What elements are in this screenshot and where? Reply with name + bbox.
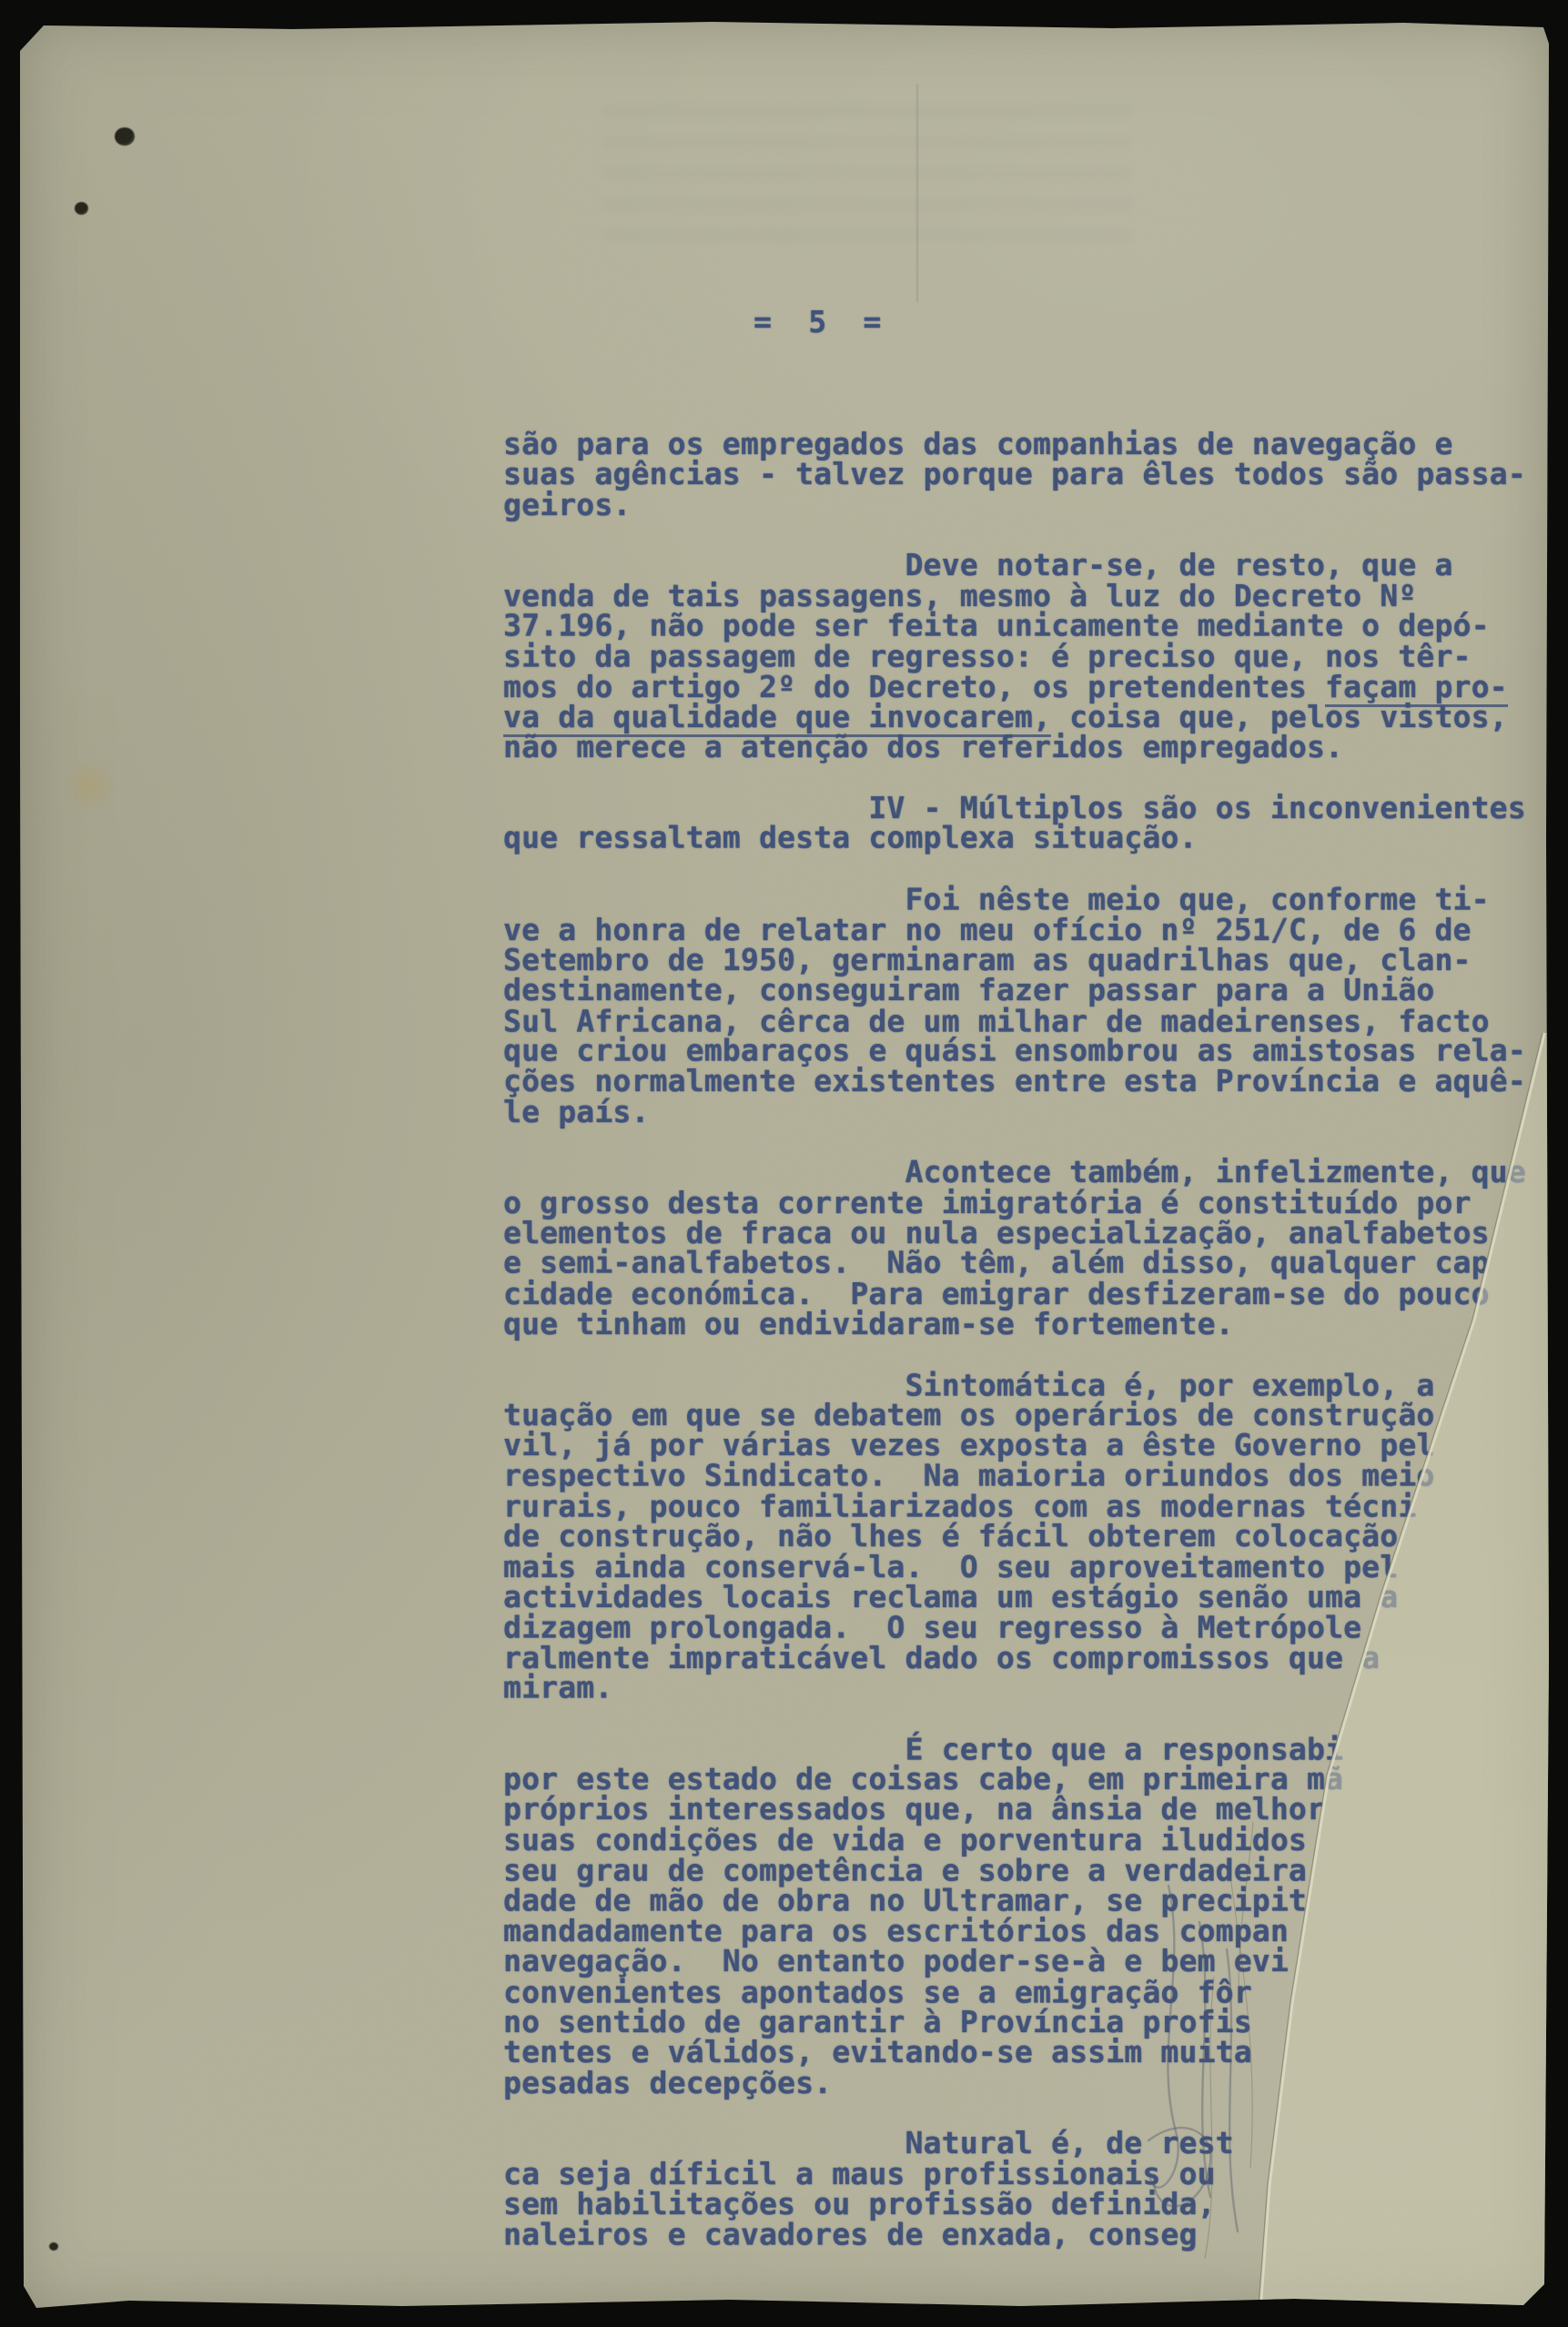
text-line (503, 1703, 1526, 1733)
text-line: elementos de fraca ou nula especializaçã… (503, 1218, 1526, 1248)
text-line: o grosso desta corrente imigratória é co… (503, 1188, 1526, 1218)
text-line (503, 854, 1526, 884)
text-line: actividades locais reclama um estágio se… (503, 1582, 1526, 1612)
text-line: de construção, não lhes é fácil obterem … (503, 1521, 1526, 1551)
text-line: tuação em que se debatem os operários de… (503, 1400, 1526, 1430)
text-line: sem habilitações ou profissão definida, (503, 2189, 1526, 2219)
scratch-mark (916, 84, 918, 302)
text-line: no sentido de garantir à Província profi… (503, 2007, 1526, 2037)
text-line: Acontece também, infelizmente, que (503, 1157, 1526, 1187)
text-line: pesadas decepções. (503, 2068, 1526, 2098)
text-line: Setembro de 1950, germinaram as quadrilh… (503, 945, 1526, 975)
text-line: navegação. No entanto poder-se-à e bem e… (503, 1946, 1526, 1976)
text-line: miram. (503, 1673, 1526, 1703)
text-line: IV - Múltiplos são os inconvenientes (503, 793, 1526, 823)
text-line: próprios interessados que, na ânsia de m… (503, 1794, 1526, 1824)
text-line: cidade económica. Para emigrar desfizera… (503, 1279, 1526, 1309)
text-line: ralmente impraticável dado os compromiss… (503, 1643, 1526, 1673)
text-line: Natural é, de rest (503, 2128, 1526, 2158)
punch-hole-mark (115, 127, 135, 146)
text-line: va da qualidade que invocarem, coisa que… (503, 702, 1526, 732)
text-line: Foi nêste meio que, conforme ti- (503, 885, 1526, 915)
text-line: ções normalmente existentes entre esta P… (503, 1066, 1526, 1096)
text-line: tentes e válidos, evitando-se assim muit… (503, 2037, 1526, 2067)
page-number: = 5 = (754, 307, 881, 337)
text-line: por este estado de coisas cabe, em prime… (503, 1764, 1526, 1794)
text-line: Sintomática é, por exemplo, a (503, 1370, 1526, 1400)
text-line: suas agências - talvez porque para êles … (503, 459, 1526, 489)
text-line: destinamente, conseguiram fazer passar p… (503, 975, 1526, 1005)
text-line: sito da passagem de regresso: é preciso … (503, 642, 1526, 672)
text-line: mos do artigo 2º do Decreto, os pretende… (503, 672, 1526, 702)
text-line: respectivo Sindicato. Na maioria oriundo… (503, 1460, 1526, 1490)
text-line (503, 1128, 1526, 1158)
text-line: geiros. (503, 490, 1526, 520)
text-line: mais ainda conservá-la. O seu aproveitam… (503, 1552, 1526, 1582)
text-line: Deve notar-se, de resto, que a (503, 550, 1526, 580)
scanned-document: = 5 = são para os empregados das companh… (0, 0, 1568, 2327)
ink-smudge (602, 106, 1130, 261)
text-line: ve a honra de relatar no meu ofício nº 2… (503, 915, 1526, 945)
text-line: convenientes apontados se a emigração fô… (503, 1977, 1526, 2007)
text-line: vil, já por várias vezes exposta a êste … (503, 1430, 1526, 1460)
text-line: venda de tais passagens, mesmo à luz do … (503, 581, 1526, 611)
text-line: que tinham ou endividaram-se fortemente. (503, 1309, 1526, 1339)
text-line: rurais, pouco familiarizados com as mode… (503, 1492, 1526, 1522)
text-line: ca seja díficil a maus profissionais ou (503, 2159, 1526, 2189)
text-line (503, 763, 1526, 793)
text-block: são para os empregados das companhias de… (503, 429, 1526, 2250)
text-line (503, 521, 1526, 551)
text-line: mandadamente para os escritórios das com… (503, 1916, 1526, 1946)
text-line: É certo que a responsabi (503, 1734, 1526, 1764)
text-line: e semi-analfabetos. Não têm, além disso,… (503, 1248, 1526, 1278)
stain-mark (64, 763, 116, 808)
text-line (503, 1339, 1526, 1369)
punch-hole-mark (75, 202, 88, 215)
text-line (503, 2097, 1526, 2127)
text-line: suas condições de vida e porventura ilud… (503, 1825, 1526, 1855)
text-line: que criou embaraços e quási ensombrou as… (503, 1035, 1526, 1065)
text-line: 37.196, não pode ser feita unicamente me… (503, 611, 1526, 641)
text-line: não merece a atenção dos referidos empre… (503, 732, 1526, 762)
text-line: dade de mão de obra no Ultramar, se prec… (503, 1885, 1526, 1915)
document-page: = 5 = são para os empregados das companh… (20, 20, 1549, 2308)
text-line: são para os empregados das companhias de… (503, 429, 1526, 459)
text-line: que ressaltam desta complexa situação. (503, 823, 1526, 853)
text-line: dizagem prolongada. O seu regresso à Met… (503, 1613, 1526, 1643)
text-line: le país. (503, 1097, 1526, 1127)
text-line: naleiros e cavadores de enxada, conseg (503, 2220, 1526, 2250)
ink-speck-mark (49, 2242, 58, 2251)
